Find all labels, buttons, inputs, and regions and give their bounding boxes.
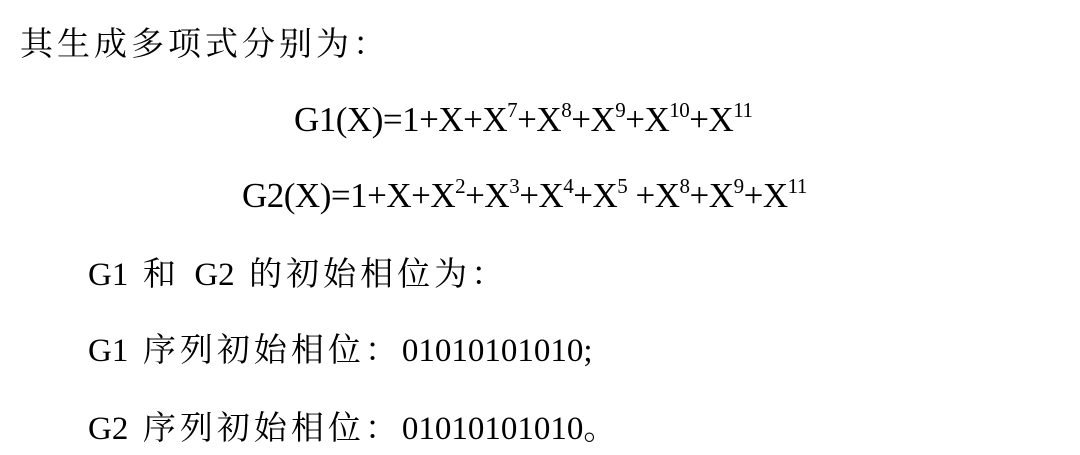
g2-term: 1 <box>350 176 367 215</box>
plus-sign: + <box>625 100 644 139</box>
g2-term: X5 <box>592 176 627 215</box>
plus-sign: + <box>465 176 484 215</box>
plus-sign: + <box>519 176 538 215</box>
g1-polynomial: G1(X)=1+X+X7+X8+X9+X10+X11 <box>294 100 753 140</box>
g2-term: X9 <box>709 176 744 215</box>
g2-phase-value: 01010101010 <box>402 411 584 447</box>
plus-sign: + <box>573 176 592 215</box>
g1-term: X11 <box>709 100 753 139</box>
g1-phase-label: 序列初始相位： <box>128 330 402 369</box>
g2-initial-phase: G2 序列初始相位：01010101010。 <box>88 408 620 449</box>
plus-sign: + <box>689 100 708 139</box>
plus-sign: + <box>571 100 590 139</box>
heading-rest: 的初始相位为： <box>235 254 509 293</box>
g2-term: X2 <box>430 176 465 215</box>
g2-lhs: G2(X)= <box>242 176 350 215</box>
g2-phase-name: G2 <box>88 411 128 447</box>
g2-name: G2 <box>194 257 234 293</box>
g2-term: X <box>386 176 411 215</box>
g1-phase-value: 01010101010 <box>402 333 584 369</box>
g1-lhs: G1(X)= <box>294 100 402 139</box>
plus-sign: + <box>367 176 386 215</box>
and-text: 和 <box>128 254 194 293</box>
g2-term: X11 <box>763 176 807 215</box>
g2-phase-end: 。 <box>583 408 620 447</box>
g2-polynomial: G2(X)=1+X+X2+X3+X4+X5 +X8+X9+X11 <box>242 176 807 216</box>
g2-phase-label: 序列初始相位： <box>128 408 402 447</box>
g1-term: X <box>438 100 463 139</box>
g1-term: X9 <box>590 100 625 139</box>
plus-sign: + <box>463 100 482 139</box>
g1-term: X8 <box>536 100 571 139</box>
g2-term: X3 <box>484 176 519 215</box>
plus-sign: + <box>411 176 430 215</box>
g1-initial-phase: G1 序列初始相位：01010101010; <box>88 330 593 371</box>
g1-phase-name: G1 <box>88 333 128 369</box>
plus-sign: + <box>517 100 536 139</box>
plus-sign: + <box>744 176 763 215</box>
g1-name: G1 <box>88 257 128 293</box>
g2-term: X4 <box>538 176 573 215</box>
g2-term: X8 <box>655 176 690 215</box>
plus-sign: + <box>636 176 655 215</box>
plus-sign: + <box>419 100 438 139</box>
intro-text: 其生成多项式分别为： <box>20 24 390 64</box>
g1-phase-end: ; <box>583 333 592 369</box>
g1-term: X7 <box>482 100 517 139</box>
intro-label: 其生成多项式分别为： <box>20 24 390 63</box>
g1-term: X10 <box>644 100 689 139</box>
plus-sign: + <box>690 176 709 215</box>
initial-phase-heading: G1 和 G2 的初始相位为： <box>88 254 508 295</box>
g1-term: 1 <box>402 100 419 139</box>
